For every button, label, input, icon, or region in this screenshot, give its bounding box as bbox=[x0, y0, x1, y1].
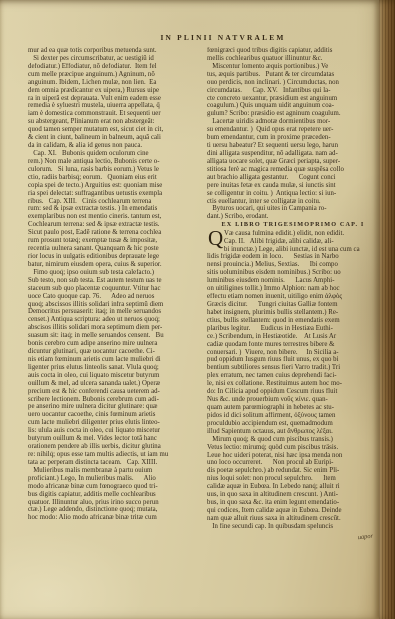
text-line: ctio, radiis barbisq́; eorum. Quoniam ei… bbox=[28, 174, 200, 182]
text-line: bus, in quo saxa &c. ita enim legunt eme… bbox=[207, 499, 379, 507]
text-line: cadiæ quodam fonte mures terrestres bibe… bbox=[207, 341, 379, 349]
text-line: mellis cochlearibus quatuor illinuntur &… bbox=[207, 55, 379, 63]
drop-cap-initial: Q bbox=[208, 231, 222, 247]
text-line: dicuntur glutinari, quæ uocantur cacoeth… bbox=[28, 348, 200, 356]
text-line: ti uersu habeatur? Et sequenti uersu leg… bbox=[207, 142, 379, 150]
text-line: Fimo quoq́; ipso ouium sub testa calefac… bbox=[28, 269, 200, 277]
text-line: proficiant.) Lego, In mulieribus malis. … bbox=[28, 475, 200, 483]
text-line: pidos id dici solitum affirment, ὀξύνους… bbox=[207, 412, 379, 420]
text-line: rum: sed & ipsæ extractæ testis. ) In em… bbox=[28, 205, 200, 213]
section-heading: EX LIBRO TRIGESIMOPRIMO CAP. I bbox=[207, 221, 379, 229]
text-line: rior locus in uulgatis editionibus depra… bbox=[28, 253, 200, 261]
text-line: ribus. Cap. XIII. Cinis cochlearum terre… bbox=[28, 198, 200, 206]
text-line: illud Sapientum octauus, aut ἄνθρωπος λέ… bbox=[207, 428, 379, 436]
text-line: coagulum.) Quis unquam uidit anguinum co… bbox=[207, 102, 379, 110]
text-line: re: nihilq́; opus esse tam multis adiect… bbox=[28, 451, 200, 459]
text-line: bonis cerebro cum adipe anserino mire uu… bbox=[28, 340, 200, 348]
text-line: fœnigræci quod tribus digitis capiatur, … bbox=[207, 47, 379, 55]
text-line: ctæ.) Lege addendo, distinctione quoq́; … bbox=[28, 506, 200, 514]
text-line: circumdatas. Cap. XV. Infantibus qui la- bbox=[207, 87, 379, 95]
text-line: Byturos uocari, qui uites in Campania ro… bbox=[207, 205, 379, 213]
text-line: dant.) Scribo, erodant. bbox=[207, 213, 379, 221]
text-line: on uitiligines tollit.) Immo Alphion: na… bbox=[207, 285, 379, 293]
text-line: Sicut paulo post, Eadē ratione & terrena… bbox=[28, 229, 200, 237]
text-line: dini alligata suspenditur, nō adalligata… bbox=[207, 150, 379, 158]
text-line: dem omnia prædicantur ex uipera,) Rursus… bbox=[28, 87, 200, 95]
text-line: nis etiam fœminum arietis cum lacte muli… bbox=[28, 356, 200, 364]
text-line: In fine secundi cap. In quibusdam spelun… bbox=[207, 523, 379, 531]
text-line: nensi prouincia.) Melius, Sextias. Ibi c… bbox=[207, 261, 379, 269]
text-line: tata ac perperam distincta taceam. Cap. … bbox=[28, 459, 200, 467]
right-column-paragraph-a: fœnigræci quod tribus digitis capiatur, … bbox=[207, 47, 379, 221]
text-line: se colligentur in coitu. ) Antiqua lecti… bbox=[207, 190, 379, 198]
text-line: Democritus persuaserit: itaq́; in melle … bbox=[28, 308, 200, 316]
text-line: ce.) Scribendum, in Hestiæotide. At Lusi… bbox=[207, 333, 379, 341]
right-column-paragraph-b-text: Væ causa fulmina edidit.) elidit, non ed… bbox=[207, 230, 379, 531]
text-line: batur, nimirum eiusdem opera, cuius & su… bbox=[28, 261, 200, 269]
text-line: cum melle præcipue anguinum.) Agninum, n… bbox=[28, 71, 200, 79]
text-line: ouo perdicis, non inclinari. ) Circumduc… bbox=[207, 79, 379, 87]
text-line: abscisos illitis solidari mora septimum … bbox=[28, 324, 200, 332]
text-line: recentia uulnera sanant. Quanquam & hic … bbox=[28, 245, 200, 253]
text-line: ra in uiperā est deprauata. Vult enim ea… bbox=[28, 95, 200, 103]
text-line: proculdubio accipiendum est, quemadmodum bbox=[207, 420, 379, 428]
text-line: quam autem parœmiographi in hebetes ac s… bbox=[207, 404, 379, 412]
text-line: uno loco occurreret. Non procul ab Eurip… bbox=[207, 459, 379, 467]
text-line: ligenter prius elutus linteolis sanat. V… bbox=[28, 364, 200, 372]
text-line: culorum. Si luna, rasis barbis eorum.) V… bbox=[28, 166, 200, 174]
text-line: Væ causa fulmina edidit.) elidit, non ed… bbox=[224, 230, 379, 238]
text-line: tus, æquis partibus. Putant & ter circum… bbox=[207, 71, 379, 79]
text-line: uus, in quo saxa in altitudinem crescunt… bbox=[207, 491, 379, 499]
text-line: qui codices, Item calidæ aquæ in Eubœa. … bbox=[207, 507, 379, 515]
left-column: mur ad ea quæ totis corporibus metuenda … bbox=[28, 47, 200, 540]
text-line: Miscentur lomento æquis portionibus.) Ve bbox=[207, 63, 379, 71]
text-line: ctis euellantur, inter se colligatæ in c… bbox=[207, 198, 379, 206]
catchword: uapor bbox=[208, 532, 379, 540]
text-line: auis cocta in oleo, cui liquato miscetur… bbox=[28, 372, 200, 380]
text-line: luminibus eiusdem nominis. Lacus Amphi- bbox=[207, 277, 379, 285]
text-line: exemplaribus non est mentio cineris. tan… bbox=[28, 213, 200, 221]
text-line: Lacertæ uiridis admotæ dormientibus mor- bbox=[207, 118, 379, 126]
text-line: stitiosa ferè ac magica remedia quæ susp… bbox=[207, 166, 379, 174]
text-line: pud oppidum Iusgum riuus fluit unus, ex … bbox=[207, 356, 379, 364]
text-line: uero uocantur cacoethe, cinis fœminum ar… bbox=[28, 411, 200, 419]
text-line: precium est & hic conferendi causa ueter… bbox=[28, 388, 200, 396]
text-line: lidis frigidæ eodem in loco. Sestias in … bbox=[207, 253, 379, 261]
text-line: scribere lectionem. Bubonis cerebrum cum… bbox=[28, 396, 200, 404]
text-line: sitis uoluminibus eisdem nominibus.) Scr… bbox=[207, 269, 379, 277]
text-line: bi inunctæ.) Lege, alibi iunctæ, id est … bbox=[224, 246, 379, 254]
text-line: rem.) Non male antiqua lectio, Bubonis c… bbox=[28, 158, 200, 166]
text-line: plex erratum, nec tamen cuius deprehendi… bbox=[207, 372, 379, 380]
text-line: bus digitis capiatur, additis melle coch… bbox=[28, 491, 200, 499]
text-line: le, nisi ex collatione. Restituimus aute… bbox=[207, 380, 379, 388]
text-line: plaribus legitur. Eudicus in Hestiæa Eut… bbox=[207, 325, 379, 333]
text-line: bentium subtiliores sensus fieri Varro t… bbox=[207, 364, 379, 372]
text-line: do: In Cilicia apud oppidum Cescum riuus… bbox=[207, 388, 379, 396]
text-line: nam quæ alluit riuus saxa in altitudinem… bbox=[207, 515, 379, 523]
text-line: ctius, bullis stellantem: quod in emenda… bbox=[207, 317, 379, 325]
text-line: modo africanæ binæ cum fœnograeco quod t… bbox=[28, 483, 200, 491]
text-line: staceum sub quo placentæ coquuntur. Vtit… bbox=[28, 285, 200, 293]
text-line: Nus &c. unde prouerbium νοῦς ϰίνιε. quan… bbox=[207, 396, 379, 404]
right-column: fœnigræci quod tribus digitis capiatur, … bbox=[207, 47, 379, 540]
text-line: calidæ aquæ in Eubœa. In Lebedo nanq́; a… bbox=[207, 483, 379, 491]
text-line: ria spei delectat: suffragantibus uetust… bbox=[28, 190, 200, 198]
text-line: dis poetæ sepulchro.) ab redundat. Sic e… bbox=[207, 467, 379, 475]
text-line: ouillum & mel, ad ulcera sananda ualet.)… bbox=[28, 380, 200, 388]
text-line: cum lacte muliebri diligenter prius elut… bbox=[28, 419, 200, 427]
text-line: Cochlearum terrena: sed & ipsæ extractæ … bbox=[28, 221, 200, 229]
text-line: defodiatur.) Effodiatur, nō defodiatur. … bbox=[28, 63, 200, 71]
text-line: habet insignem, plurimis bullis stellant… bbox=[207, 309, 379, 317]
text-line: hoc modo: Alio modo africanæ binæ tritæ … bbox=[28, 514, 200, 522]
running-header: IN PLINII NATVRALEM bbox=[28, 33, 380, 42]
text-line: butyrum ouillum & mel. Vides lector totā… bbox=[28, 435, 200, 443]
text-line: Cap. II. Alibi frigidæ, alibi calidæ, al… bbox=[224, 238, 379, 246]
text-line: conuersari. ) Viuere, non bibere. In Sic… bbox=[207, 349, 379, 357]
text-line: cte concreto uexantur, præsidium est ang… bbox=[207, 95, 379, 103]
book-page-photo: IN PLINII NATVRALEM mur ad ea quæ totis … bbox=[0, 0, 395, 619]
text-line: bum emendantur, cum in proxime præceden- bbox=[207, 134, 379, 142]
text-line: lis: ulula auis cocta in oleo, cui liqua… bbox=[28, 427, 200, 435]
text-line: Vetus lectio: mirumq́; quòd cum piscibus… bbox=[207, 444, 379, 452]
text-line: censet.) Antiqua scriptura: adeo ut neru… bbox=[28, 316, 200, 324]
text-line: Si dexter pes circumscribatur, ac uestig… bbox=[28, 55, 200, 63]
text-line: remedia è syluestri mustela, uiuerra app… bbox=[28, 102, 200, 110]
book-fore-edge bbox=[379, 0, 395, 619]
text-line: quatuor. Illinuntur aluo, prius irino su… bbox=[28, 499, 200, 507]
text-line: iam è domestica commonstrauit. Et sequen… bbox=[28, 110, 200, 118]
right-column-paragraph-b: Q Væ causa fulmina edidit.) elidit, non … bbox=[207, 230, 379, 531]
text-line: anguinum. Ibidem, Lichen mulæ, non lien.… bbox=[28, 79, 200, 87]
text-line: aut brachio alligata gestantur. Cogunt c… bbox=[207, 174, 379, 182]
text-line: pere inuitas fetæ ex cauda mulæ, si iunc… bbox=[207, 182, 379, 190]
text-line: Mirum quoq́; & quod cum piscibus transis… bbox=[207, 436, 379, 444]
text-line: Leue hoc uideri poterat, nisi hæc ipsa m… bbox=[207, 452, 379, 460]
text-line: su emendantur. ) Quid opus erat repetere… bbox=[207, 126, 379, 134]
text-line: mur ad ea quæ totis corporibus metuenda … bbox=[28, 47, 200, 55]
text-line: su abstergeant, Plinianum erat non abste… bbox=[28, 118, 200, 126]
text-line: quoq́; abscissos illitis solidari infra … bbox=[28, 301, 200, 309]
text-line: orationem pendere ab illis uerbis, dicit… bbox=[28, 443, 200, 451]
text-line: effectu etiam nomen inuenit, uitiligo en… bbox=[207, 293, 379, 301]
page-text-block: IN PLINII NATVRALEM mur ad ea quæ totis … bbox=[28, 33, 380, 540]
text-line: Sub testo, non sub testa. Est autem test… bbox=[28, 277, 200, 285]
text-line: Cap. XI. Bubonis quidem oculorum cine bbox=[28, 150, 200, 158]
left-column-text: mur ad ea quæ totis corporibus metuenda … bbox=[28, 47, 200, 522]
text-line: Mulieribus malis membranæ à partu ouium bbox=[28, 467, 200, 475]
text-line: suasum sit: itaq́; in melle seruandos ce… bbox=[28, 332, 200, 340]
text-line: uoce Cato quoque cap. 76. Adeo ad neruos bbox=[28, 293, 200, 301]
two-column-layout: mur ad ea quæ totis corporibus metuenda … bbox=[28, 47, 380, 540]
text-line: Græcis dicitur. Tungri ciuitas Galliæ fo… bbox=[207, 301, 379, 309]
text-line: rum prosunt totæq́; exemptæ tusæ & impos… bbox=[28, 237, 200, 245]
text-line: alligata uocare solet, quæ Græci periapt… bbox=[207, 158, 379, 166]
text-line: gulum? Scribo: præsidio est agninum coag… bbox=[207, 110, 379, 118]
text-line: & cient in ciunt, balineum in balneum, a… bbox=[28, 134, 200, 142]
text-line: da in calidam, & alia id genus non pauca… bbox=[28, 142, 200, 150]
text-line: copia spei de tecto.) Arguitius est: quo… bbox=[28, 182, 200, 190]
text-line: nius loqui solet: non procul sepulchro. … bbox=[207, 475, 379, 483]
text-line: pe anserino mire uulnera dicitur glutina… bbox=[28, 403, 200, 411]
text-line: quod tamen semper mutatum est, sicut cie… bbox=[28, 126, 200, 134]
